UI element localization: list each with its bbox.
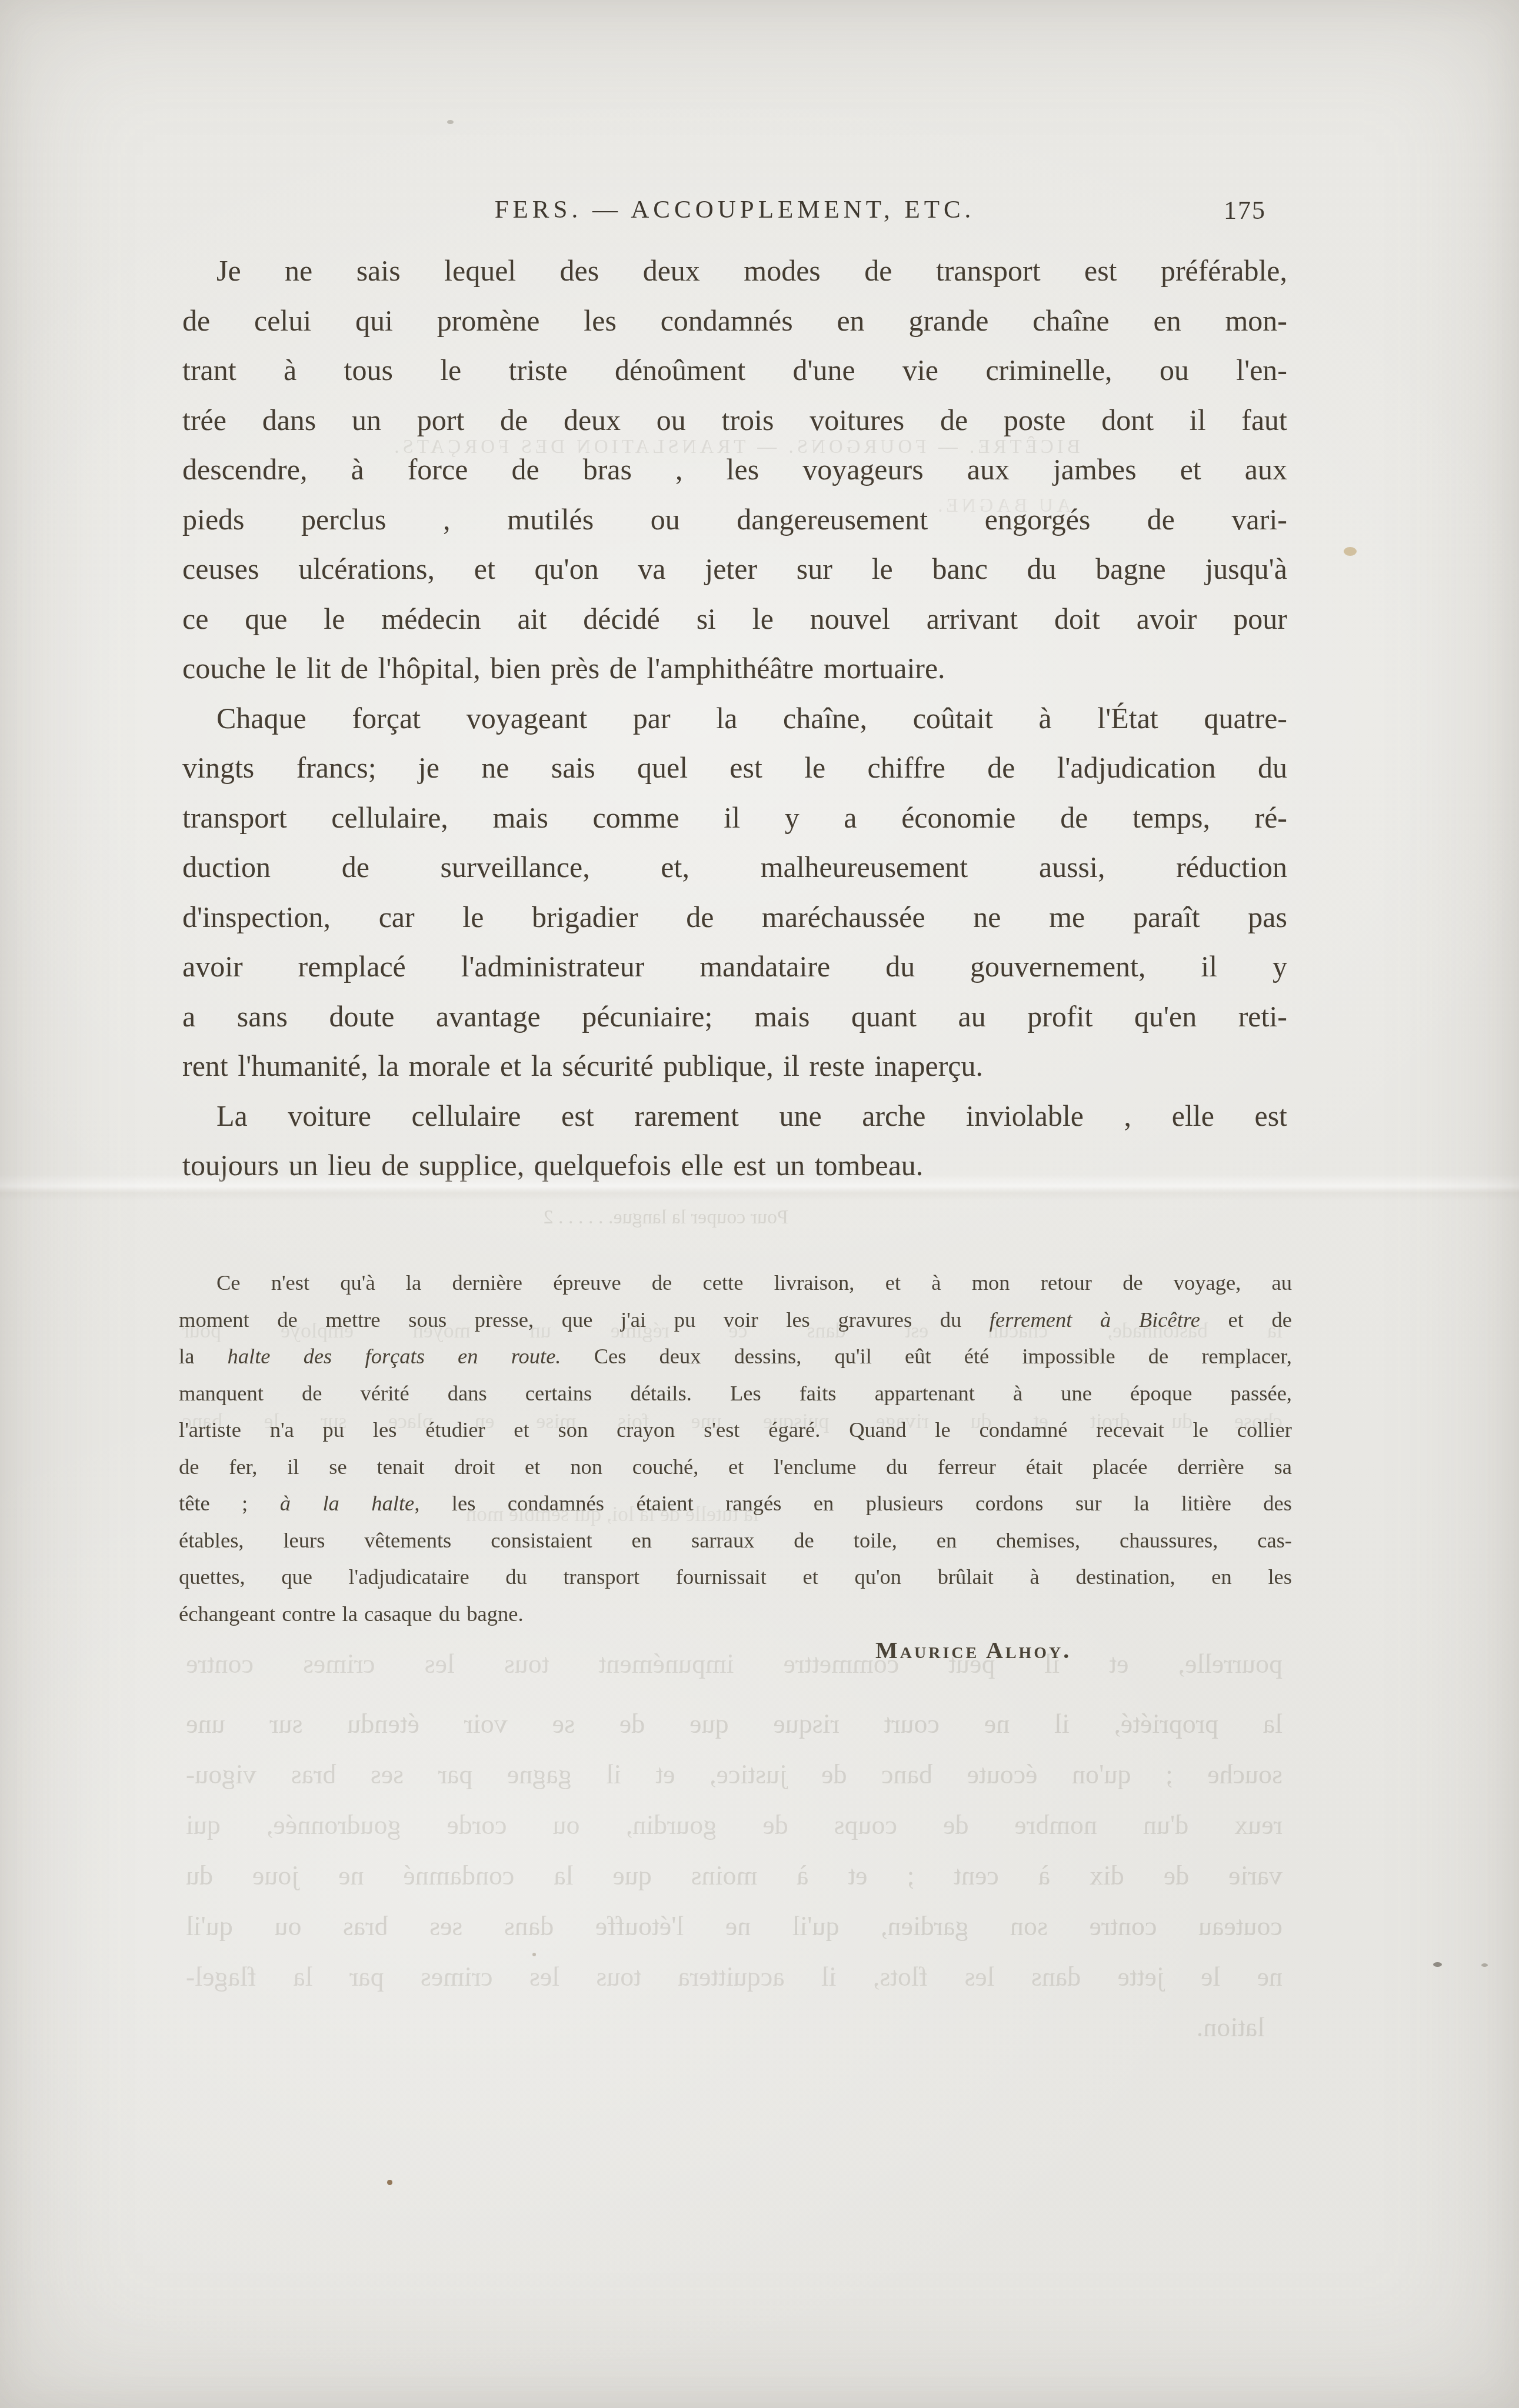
footnote-text: Ce n'est qu'à la dernière épreuve de cet… xyxy=(216,1270,1292,1295)
body-line: de celui qui promène les condamnés en gr… xyxy=(182,296,1287,346)
scanned-book-page: FERS. — ACCOUPLEMENT, ETC. 175 Je ne sai… xyxy=(0,0,1519,2408)
body-line: ceuses ulcérations, et qu'on va jeter su… xyxy=(182,544,1287,594)
footnote-line: étables, leurs vêtements consistaient en… xyxy=(179,1522,1292,1559)
foxing-spot xyxy=(532,1953,536,1956)
body-line: trée dans un port de deux ou trois voitu… xyxy=(182,395,1287,445)
scan-mark xyxy=(447,120,454,124)
page-number: 175 xyxy=(1224,195,1266,225)
footnote-text: et de xyxy=(1200,1308,1292,1332)
footnote-text: étables, leurs vêtements consistaient en… xyxy=(179,1528,1292,1552)
body-line: ce que le médecin ait décidé si le nouve… xyxy=(182,594,1287,644)
footnote-line: de fer, il se tenait droit et non couché… xyxy=(179,1449,1292,1486)
ghost-line: reux d'un nombre de coups de gourdin, ou… xyxy=(186,1808,1283,1842)
footnote-line: l'artiste n'a pu les étudier et son cray… xyxy=(179,1412,1292,1449)
body-line: trant à tous le triste dénoûment d'une v… xyxy=(182,345,1287,395)
body-line: avoir remplacé l'administrateur mandatai… xyxy=(182,942,1287,992)
ghost-line: lation. xyxy=(1147,2010,1265,2045)
footnote-text: la xyxy=(179,1344,228,1368)
footnote-line: échangeant contre la casaque du bagne. xyxy=(179,1596,1292,1633)
body-line: transport cellulaire, mais comme il y a … xyxy=(182,793,1287,843)
footnote-line: quettes, que l'adjudicataire du transpor… xyxy=(179,1559,1292,1596)
footnote-text: tête ; xyxy=(179,1491,280,1515)
body-line: toujours un lieu de supplice, quelquefoi… xyxy=(182,1140,1287,1190)
ghost-line: pourrelle, et il peut commettre impunéme… xyxy=(186,1647,1283,1681)
footnote-line: manquent de vérité dans certains détails… xyxy=(179,1375,1292,1412)
page-title: FERS. — ACCOUPLEMENT, ETC. xyxy=(182,195,1287,224)
ghost-line: varie de dix à cent ; et à moins que la … xyxy=(186,1859,1283,1893)
body-line: La voiture cellulaire est rarement une a… xyxy=(182,1091,1287,1141)
footnote-text: manquent de vérité dans certains détails… xyxy=(179,1381,1292,1405)
body-line: descendre, à force de bras , les voyageu… xyxy=(182,445,1287,495)
footnote-text: moment de mettre sous presse, que j'ai p… xyxy=(179,1308,990,1332)
footnote-line: moment de mettre sous presse, que j'ai p… xyxy=(179,1302,1292,1339)
footnote-italic: ferrement à Bicêtre xyxy=(990,1308,1200,1332)
foxing-spot xyxy=(387,2180,392,2185)
running-head: FERS. — ACCOUPLEMENT, ETC. 175 xyxy=(182,195,1287,231)
ghost-line: Pour couper la langue. . . . . . 2 xyxy=(412,1203,788,1232)
footnote: Ce n'est qu'à la dernière épreuve de cet… xyxy=(179,1265,1292,1632)
foxing-spot xyxy=(1481,1963,1488,1967)
body-text: Je ne sais lequel des deux modes de tran… xyxy=(182,246,1287,1190)
ghost-line: ne le jette dans les flots, il acquitter… xyxy=(186,1960,1283,1994)
footnote-line: la halte des forçats en route. Ces deux … xyxy=(179,1338,1292,1375)
body-line: Chaque forçat voyageant par la chaîne, c… xyxy=(182,693,1287,743)
body-line: d'inspection, car le brigadier de maréch… xyxy=(182,892,1287,942)
body-line: pieds perclus , mutilés ou dangereusemen… xyxy=(182,495,1287,545)
body-line: duction de surveillance, et, malheureuse… xyxy=(182,842,1287,892)
footnote-line: tête ; à la halte, les condamnés étaient… xyxy=(179,1485,1292,1522)
body-line: a sans doute avantage pécuniaire; mais q… xyxy=(182,992,1287,1042)
footnote-text: Ces deux dessins, qu'il eût été impossib… xyxy=(561,1344,1293,1368)
ghost-line: souche ; qu'on écoute banc de justice, e… xyxy=(186,1757,1283,1792)
body-line: rent l'humanité, la morale et la sécurit… xyxy=(182,1041,1287,1091)
footnote-text: l'artiste n'a pu les étudier et son cray… xyxy=(179,1418,1292,1442)
body-line: couche le lit de l'hôpital, bien près de… xyxy=(182,643,1287,693)
footnote-italic: halte des forçats en route. xyxy=(228,1344,561,1368)
footnote-italic: à la halte, xyxy=(280,1491,420,1515)
body-line: vingts francs; je ne sais quel est le ch… xyxy=(182,743,1287,793)
ghost-line: couteau contre son gardien, qu'il ne l'é… xyxy=(186,1909,1283,1943)
body-line: Je ne sais lequel des deux modes de tran… xyxy=(182,246,1287,296)
footnote-text: quettes, que l'adjudicataire du transpor… xyxy=(179,1565,1292,1589)
author-signature: Maurice Alhoy. xyxy=(875,1636,1071,1664)
foxing-spot xyxy=(1433,1962,1442,1967)
footnote-text: échangeant contre la casaque du bagne. xyxy=(179,1602,524,1626)
foxing-spot xyxy=(1344,547,1357,556)
ghost-line: la propriété, il ne court risque que de … xyxy=(186,1707,1283,1741)
footnote-text: les condamnés étaient rangés en plusieur… xyxy=(419,1491,1292,1515)
footnote-text: de fer, il se tenait droit et non couché… xyxy=(179,1455,1292,1479)
footnote-line: Ce n'est qu'à la dernière épreuve de cet… xyxy=(179,1265,1292,1302)
